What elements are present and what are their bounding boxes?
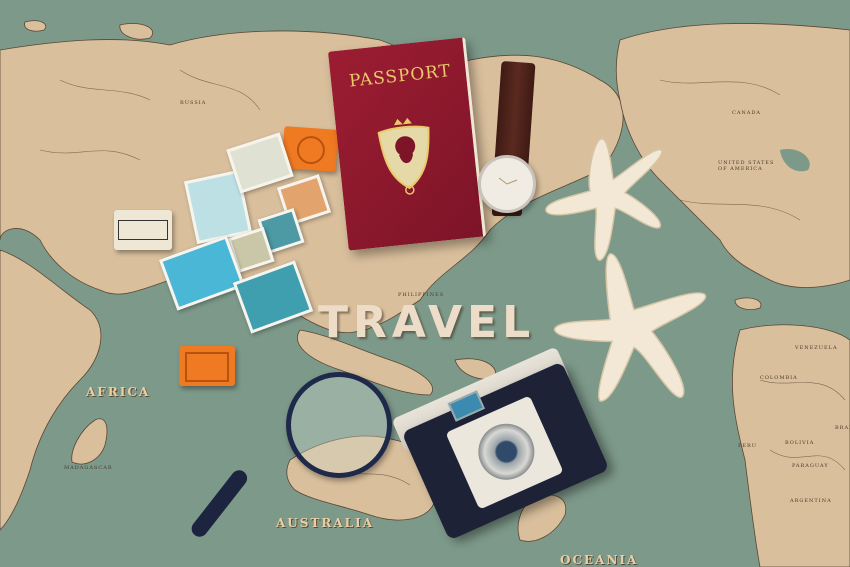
stamp-emblem-icon <box>296 135 326 165</box>
magnifying-glass <box>286 372 392 478</box>
travel-letters: TRAVEL <box>318 297 535 348</box>
map-label-venezuela: VENEZUELA <box>795 345 838 351</box>
starfish-bottom <box>550 250 710 405</box>
clock-hands-icon <box>481 158 533 210</box>
starfish-top <box>540 133 675 268</box>
rubber-stamp-orange-bottom <box>179 346 235 386</box>
map-label-canada: CANADA <box>732 110 761 116</box>
map-label-colombia: COLOMBIA <box>760 375 798 381</box>
map-label-argentina: ARGENTINA <box>790 498 832 504</box>
rubber-stamp-white <box>114 210 172 250</box>
photo-scene: AFRICA AUSTRALIA OCEANIA CANADA UNITED S… <box>0 0 850 567</box>
crest-icon <box>371 113 441 199</box>
passport-title: PASSPORT <box>348 61 452 92</box>
wristwatch-face <box>478 155 536 213</box>
stamp-print-box <box>185 352 229 382</box>
map-label-bolivia: BOLIVIA <box>785 440 814 446</box>
passport: PASSPORT <box>328 37 486 250</box>
map-label-peru: PERU <box>738 443 757 449</box>
map-label-australia: AUSTRALIA <box>276 516 374 530</box>
map-label-oceania: OCEANIA <box>560 553 638 567</box>
map-label-brazil: BRAZIL <box>835 425 850 431</box>
map-label-africa: AFRICA <box>86 385 150 399</box>
map-label-madagascar: MADAGASCAR <box>64 465 113 471</box>
map-label-usa: UNITED STATES OF AMERICA <box>718 160 778 172</box>
map-label-paraguay: PARAGUAY <box>792 463 829 469</box>
map-label-russia: RUSSIA <box>180 100 206 106</box>
stamp-print-box <box>118 220 168 240</box>
